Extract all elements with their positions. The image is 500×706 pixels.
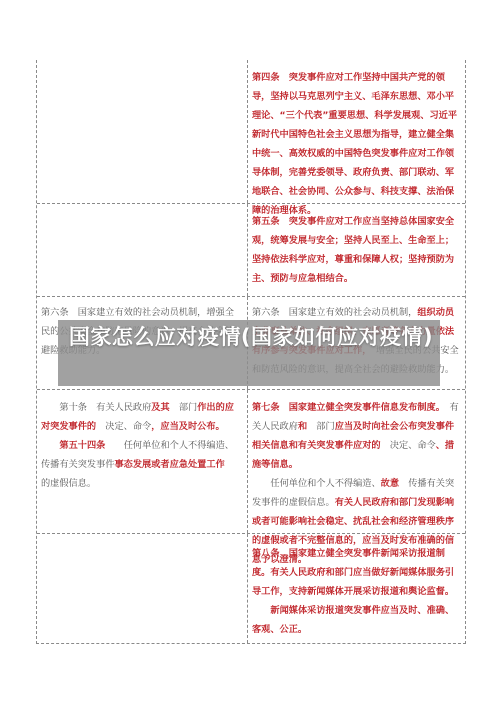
old-article-54-text: 第五十四条 任何单位和个人不得编造、传播有关突发事件事态发展或者应急处置工作 的…	[41, 436, 243, 493]
old-text-cell	[37, 534, 248, 643]
table-row: 第十条 有关人民政府及其 部门作出的应对突发事件的 决定、命令，应当及时公布。 …	[37, 389, 465, 533]
new-text-cell: 第七条 国家建立健全突发事件信息发布制度。 有关人民政府和 部门应当及时向社会公…	[248, 390, 465, 533]
highlighted-segment: 故意	[381, 478, 399, 489]
new-text-cell: 第八条 国家建立健全突发事件新闻采访报道制度。有关人民政府和部门应当做好新闻媒体…	[248, 534, 465, 643]
old-article-10-text: 第十条 有关人民政府及其 部门作出的应对突发事件的 决定、命令，应当及时公布。	[41, 398, 243, 436]
new-text-cell: 第四条 突发事件应对工作坚持中国共产党的领导，坚持以马克思列宁主义、毛泽东思想、…	[248, 60, 465, 203]
highlighted-segment: 第七条 国家建立健全突发事件信息发布制度。	[252, 402, 440, 413]
old-text-cell: 第十条 有关人民政府及其 部门作出的应对突发事件的 决定、命令，应当及时公布。 …	[37, 390, 248, 533]
article-5-text: 第五条 突发事件应对工作应当坚持总体国家安全观，统筹发展与安全；坚持人民至上、生…	[252, 212, 461, 288]
new-article-7-text: 第七条 国家建立健全突发事件信息发布制度。 有关人民政府和 部门应当及时向社会公…	[252, 398, 461, 474]
old-text-cell	[37, 60, 248, 203]
table-row: 第八条 国家建立健全突发事件新闻采访报道制度。有关人民政府和部门应当做好新闻媒体…	[37, 533, 465, 643]
highlighted-segment: 及其	[151, 402, 169, 413]
text-segment: 部门	[307, 421, 335, 432]
highlighted-segment: 第五十四条	[59, 440, 105, 451]
text-segment: 任何单位和个人不得编造、	[270, 478, 380, 489]
text-segment: 第十条 有关人民政府	[59, 402, 151, 413]
article-title: 国家怎么应对疫情(国家如何应对疫情)	[66, 324, 436, 350]
highlighted-segment: 事态发展或者应急处置工作	[115, 459, 225, 470]
new-text-cell: 第五条 突发事件应对工作应当坚持总体国家安全观，统筹发展与安全；坚持人民至上、生…	[248, 204, 465, 296]
text-segment: 第六条 国家建立有效的社会动员机制，	[252, 307, 417, 318]
text-segment: 部门	[170, 402, 198, 413]
highlighted-segment: 和	[298, 421, 307, 432]
article-4-text: 第四条 突发事件应对工作坚持中国共产党的领导，坚持以马克思列宁主义、毛泽东思想、…	[252, 68, 461, 220]
article-8-text: 第八条 国家建立健全突发事件新闻采访报道制度。有关人民政府和部门应当做好新闻媒体…	[252, 544, 461, 601]
article-8-para-2: 新闻媒体采访报道突发事件应当及时、准确、客观、公正。	[252, 601, 461, 639]
table-row: 第四条 突发事件应对工作坚持中国共产党的领导，坚持以马克思列宁主义、毛泽东思想、…	[37, 60, 465, 203]
text-segment: 决定、命令	[381, 440, 436, 451]
text-segment: 决定、命令	[96, 421, 151, 432]
highlighted-segment: ，应当及时公布。	[151, 421, 225, 432]
old-text-cell	[37, 204, 248, 296]
table-row: 第五条 突发事件应对工作应当坚持总体国家安全观，统筹发展与安全；坚持人民至上、生…	[37, 203, 465, 296]
